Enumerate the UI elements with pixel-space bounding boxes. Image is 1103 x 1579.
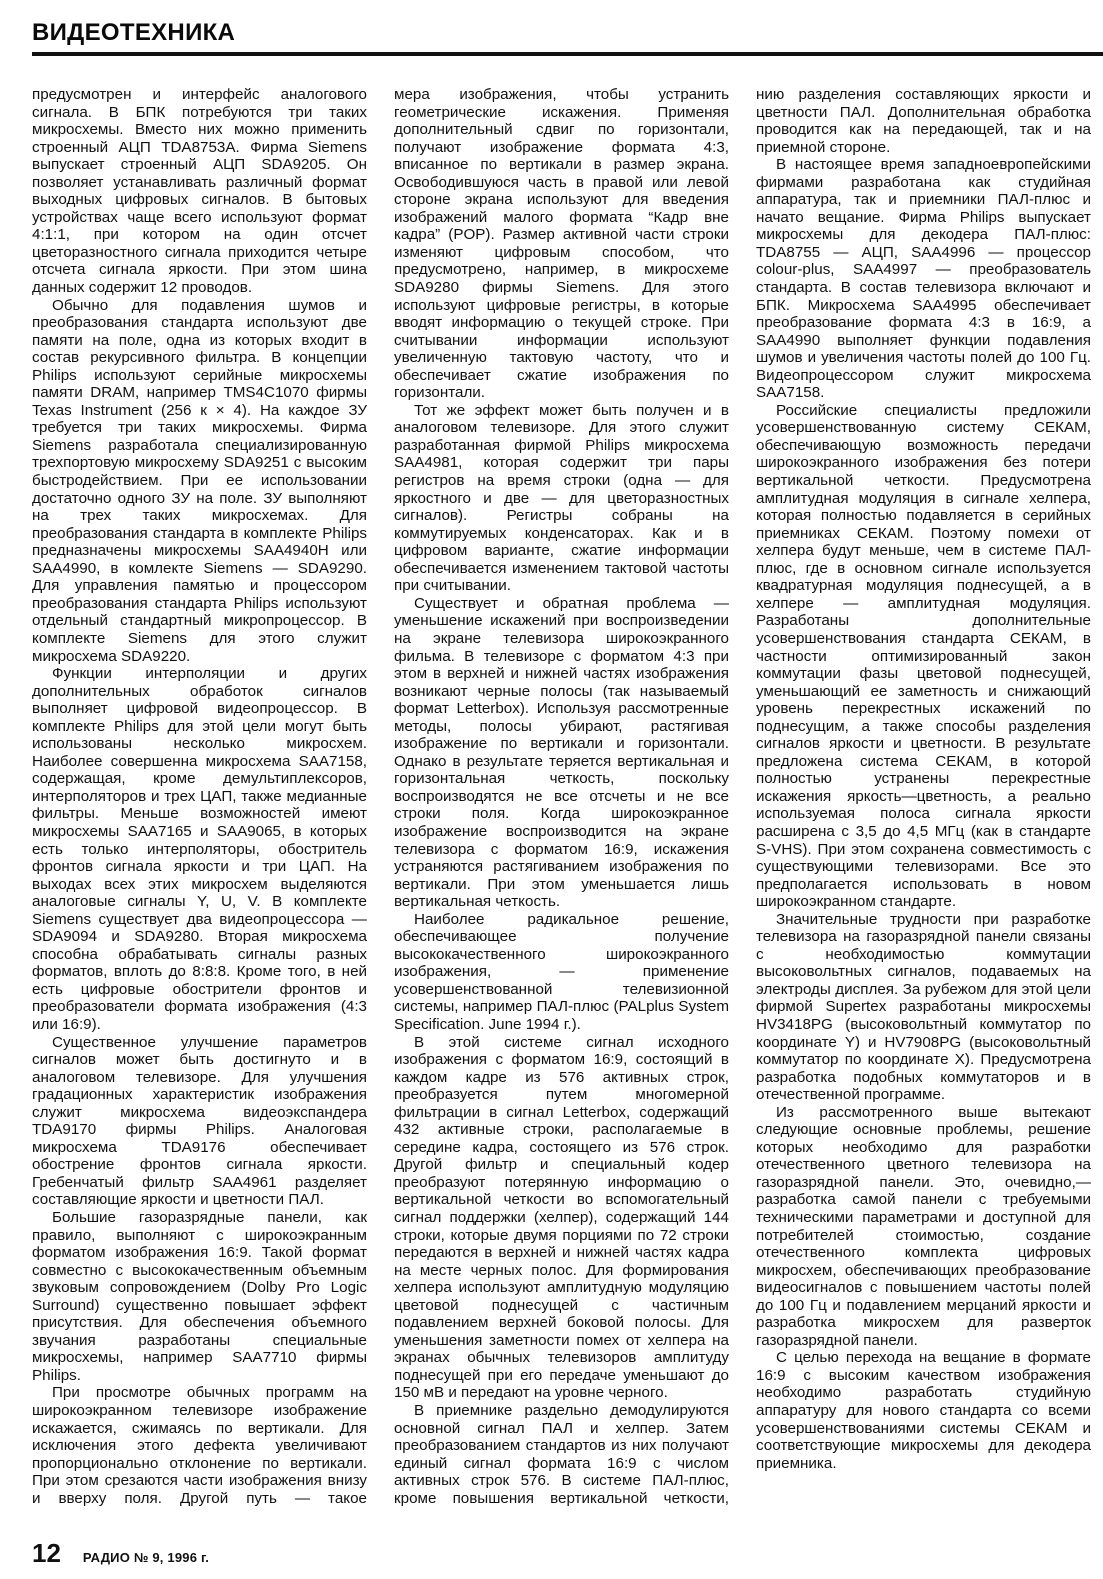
- paragraph: В настоящее время западноевропейскими фи…: [756, 156, 1091, 402]
- article-body: предусмотрен и интерфейс аналогового сиг…: [32, 86, 1042, 1506]
- paragraph: Тот же эффект может быть получен и в ана…: [394, 402, 729, 595]
- header-rule: [32, 52, 1103, 56]
- paragraph: предусмотрен и интерфейс аналогового сиг…: [32, 86, 367, 297]
- page-number: 12: [32, 1540, 61, 1566]
- paragraph: Существует и обратная проблема — уменьше…: [394, 595, 729, 911]
- paragraph: мера изображения, чтобы устранить геомет…: [394, 86, 729, 402]
- paragraph: В приемнике раздельно демодулируются осн…: [394, 1402, 729, 1506]
- paragraph: Наиболее радикальное решение, обеспечива…: [394, 911, 729, 1034]
- paragraph: Из рассмотренного выше вытекают следующи…: [756, 1104, 1091, 1350]
- column-3: нию разделения составляющих яркости и цв…: [756, 86, 1091, 1506]
- paragraph: Российские специалисты предложили усовер…: [756, 402, 1091, 911]
- paragraph: Обычно для подавления шумов и преобразов…: [32, 297, 367, 665]
- paragraph: Существенное улучшение параметров сигнал…: [32, 1034, 367, 1209]
- column-2: мера изображения, чтобы устранить геомет…: [394, 86, 729, 1506]
- column-1: предусмотрен и интерфейс аналогового сиг…: [32, 86, 367, 1506]
- paragraph: При просмотре обычных программ на широко…: [32, 1384, 367, 1506]
- paragraph: нию разделения составляющих яркости и цв…: [756, 86, 1091, 156]
- paragraph: Функции интерполяции и других дополнител…: [32, 665, 367, 1033]
- section-title: ВИДЕОТЕХНИКА: [32, 18, 1103, 48]
- paragraph: Значительные трудности при разработке те…: [756, 911, 1091, 1104]
- page-header: ВИДЕОТЕХНИКА: [32, 18, 1103, 48]
- issue-info: РАДИО № 9, 1996 г.: [83, 1550, 209, 1565]
- page-footer: 12 РАДИО № 9, 1996 г.: [32, 1540, 209, 1566]
- paragraph: С целью перехода на вещание в формате 16…: [756, 1349, 1091, 1472]
- paragraph: Большие газоразрядные панели, как правил…: [32, 1209, 367, 1384]
- paragraph: В этой системе сигнал исходного изображе…: [394, 1034, 729, 1402]
